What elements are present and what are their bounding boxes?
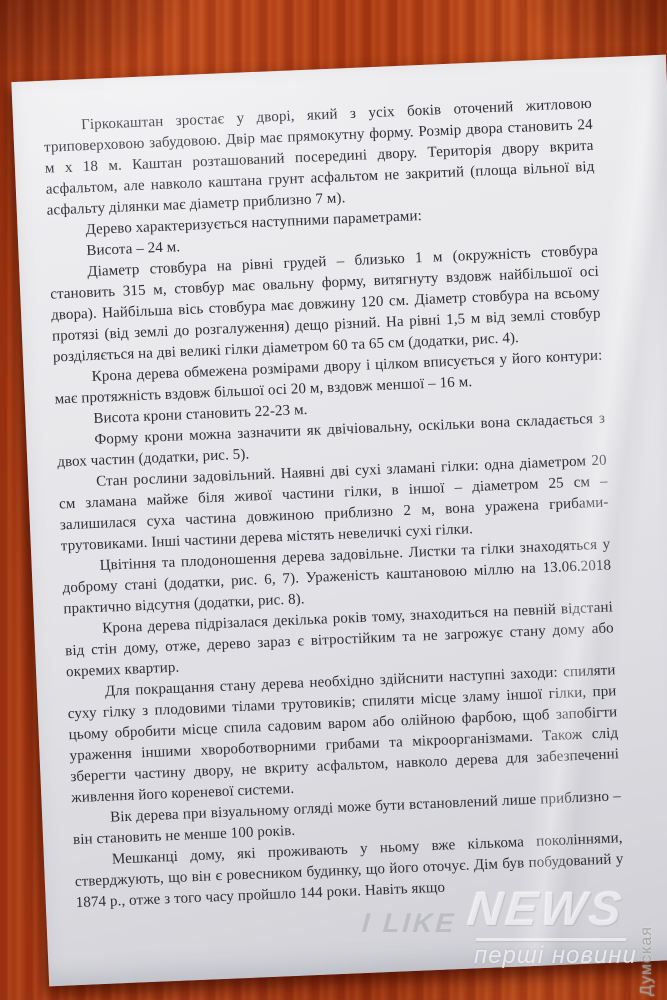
wood-background: Гіркокаштан зростає у дворі, який з усіх… xyxy=(0,0,667,1000)
paper-sheet: Гіркокаштан зростає у дворі, який з усіх… xyxy=(11,55,667,987)
document-text: Гіркокаштан зростає у дворі, який з усіх… xyxy=(43,94,625,914)
document-paragraph: Для покращання стану дерева необхідно зд… xyxy=(67,660,621,809)
